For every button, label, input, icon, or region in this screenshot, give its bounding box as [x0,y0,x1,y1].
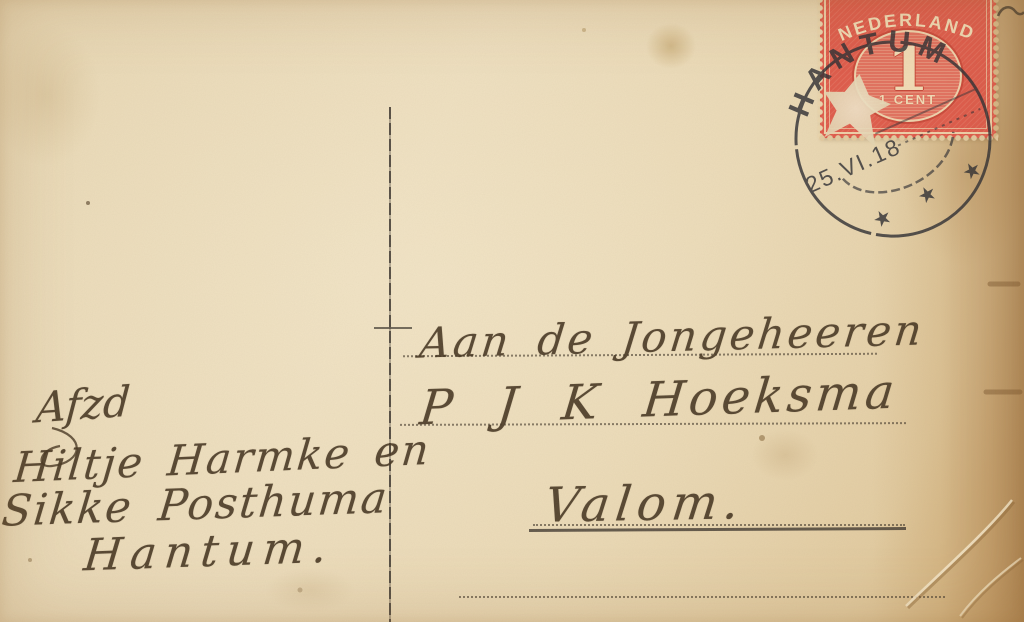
crease-highlight [960,558,1021,616]
center-divider-line [389,107,391,622]
sender-line-4: Hantum. [81,522,337,582]
stain [250,560,370,620]
crease-shadow [962,560,1023,618]
speck [759,435,765,441]
divider-cross-tick [374,327,412,329]
sender-line-2: Hiltje Harmke en [12,425,433,492]
address-rule-1 [403,353,877,357]
handwriting-flourish [42,428,77,466]
corner-pen-mark [998,7,1024,16]
stamp-perforation [818,134,998,142]
stain [636,14,706,78]
postcard: NEDERLAND 1 1 CENT Aan de Jongeheeren P … [0,0,1024,622]
address-rule-3 [533,524,905,526]
speck [86,201,90,205]
postage-stamp: NEDERLAND 1 1 CENT [820,0,996,138]
postmark-date-text: 25.VI.18 [801,133,904,198]
sender-line-1: Afzd [34,377,131,433]
postmark-inner-arc [843,130,966,209]
crease-shadow [908,502,1014,608]
address-rule-4 [459,596,945,598]
stamp-numeral: 1 [887,40,929,100]
speck [28,558,32,562]
address-line-1: Aan de Jongeheeren [417,305,927,367]
stain [0,0,120,190]
speck [582,28,586,32]
address-rule-2 [400,422,906,426]
postmark-stars: ★ ★ ★ [869,150,997,233]
speck [298,588,303,593]
stain [740,420,830,490]
address-underline-heavy [529,527,906,532]
crease-highlight [906,500,1012,606]
stamp-denomination: 1 CENT [820,92,996,107]
sender-line-3: Sikke Posthuma [0,473,391,537]
